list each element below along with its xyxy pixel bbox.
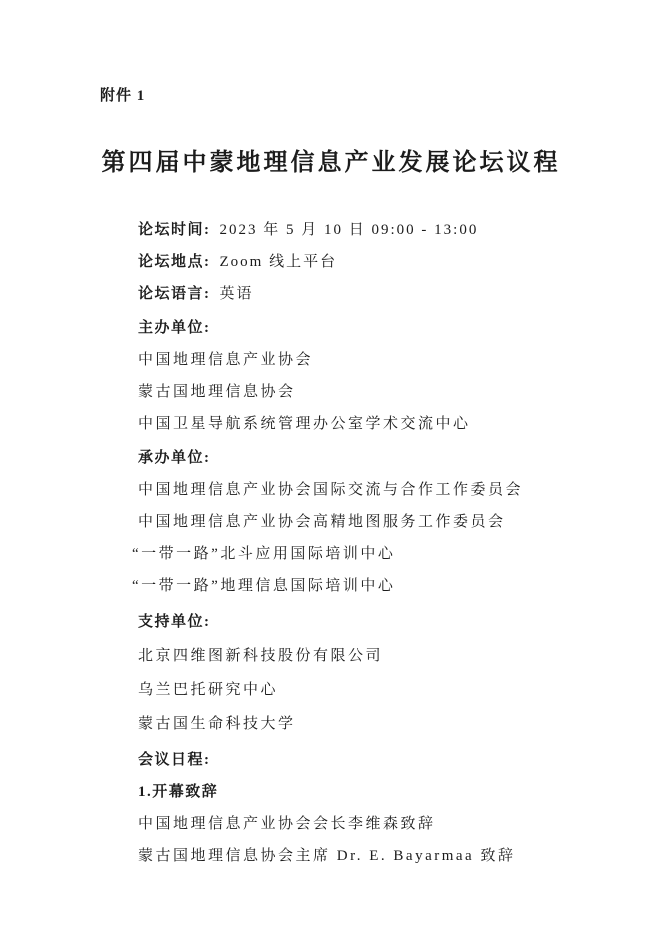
section-heading-supporter: 支持单位:: [138, 606, 602, 638]
undertaker-item: “一带一路”地理信息国际培训中心: [138, 570, 602, 602]
meta-value-place: Zoom 线上平台: [220, 254, 338, 270]
meta-label-language: 论坛语言:: [138, 286, 211, 302]
meta-value-language: 英语: [220, 286, 254, 302]
meta-label-place: 论坛地点:: [138, 254, 211, 270]
agenda-line: 中国地理信息产业协会会长李维森致辞: [138, 808, 602, 840]
supporter-item: 北京四维图新科技股份有限公司: [138, 640, 602, 672]
meta-line-language: 论坛语言:英语: [138, 278, 602, 310]
supporter-item: 蒙古国生命科技大学: [138, 708, 602, 740]
document-body: 论坛时间:2023 年 5 月 10 日 09:00 - 13:00 论坛地点:…: [138, 214, 602, 872]
section-heading-agenda: 会议日程:: [138, 744, 602, 776]
agenda-item-title: 1.开幕致辞: [138, 776, 602, 808]
organizer-item: 中国地理信息产业协会: [138, 344, 602, 376]
meta-line-time: 论坛时间:2023 年 5 月 10 日 09:00 - 13:00: [138, 214, 602, 246]
meta-label-time: 论坛时间:: [138, 222, 211, 238]
page-title: 第四届中蒙地理信息产业发展论坛议程: [0, 142, 662, 177]
organizer-item: 蒙古国地理信息协会: [138, 376, 602, 408]
organizer-item: 中国卫星导航系统管理办公室学术交流中心: [138, 408, 602, 440]
meta-value-time: 2023 年 5 月 10 日 09:00 - 13:00: [220, 222, 479, 238]
section-heading-organizer: 主办单位:: [138, 312, 602, 344]
undertaker-item: “一带一路”北斗应用国际培训中心: [138, 538, 602, 570]
attachment-label: 附件 1: [100, 84, 145, 105]
undertaker-item: 中国地理信息产业协会高精地图服务工作委员会: [138, 506, 602, 538]
agenda-line: 蒙古国地理信息协会主席 Dr. E. Bayarmaa 致辞: [138, 840, 602, 872]
meta-line-place: 论坛地点:Zoom 线上平台: [138, 246, 602, 278]
document-page: 附件 1 第四届中蒙地理信息产业发展论坛议程 论坛时间:2023 年 5 月 1…: [0, 0, 662, 936]
supporter-item: 乌兰巴托研究中心: [138, 674, 602, 706]
section-heading-undertaker: 承办单位:: [138, 442, 602, 474]
undertaker-item: 中国地理信息产业协会国际交流与合作工作委员会: [138, 474, 602, 506]
